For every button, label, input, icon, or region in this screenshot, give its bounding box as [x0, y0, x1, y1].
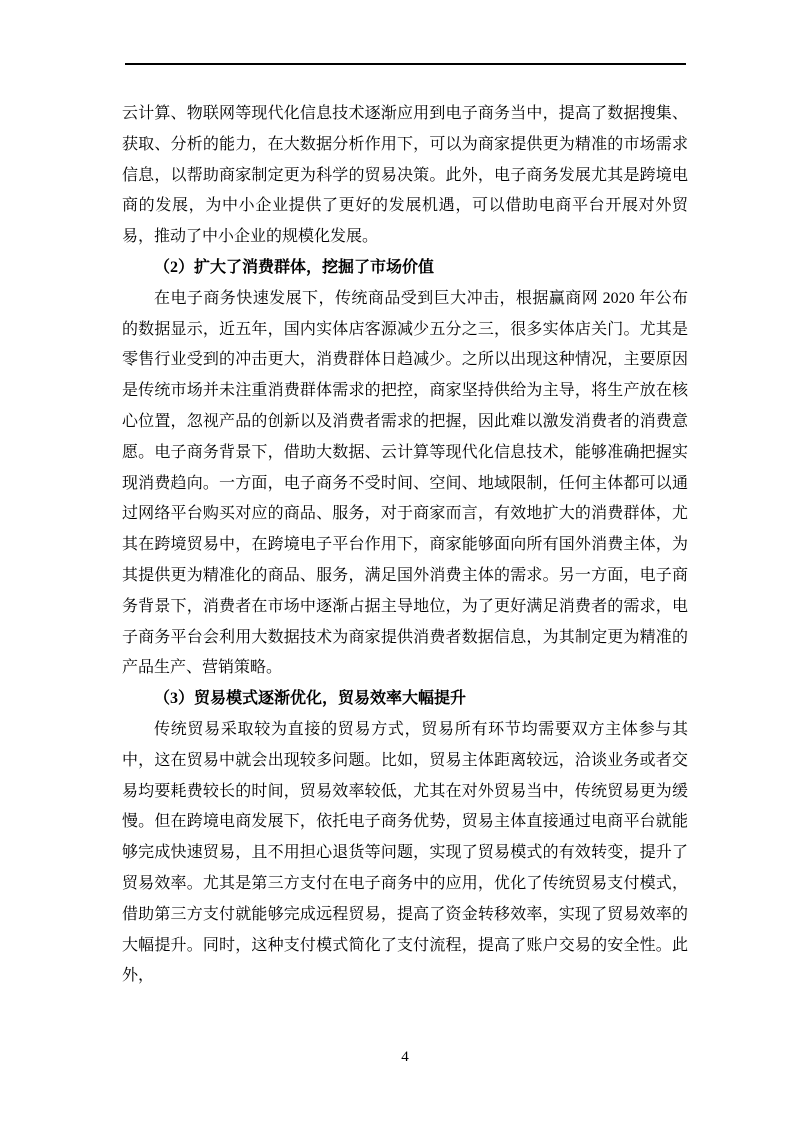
paragraph: 传统贸易采取较为直接的贸易方式，贸易所有环节均需要双方主体参与其中，这在贸易中就… [122, 715, 688, 992]
header-rule [125, 63, 686, 65]
section-heading: （2）扩大了消费群体，挖掘了市场价值 [122, 253, 688, 284]
paragraph: 在电子商务快速发展下，传统商品受到巨大冲击，根据赢商网 2020 年公布的数据显… [122, 284, 688, 684]
document-body: 云计算、物联网等现代化信息技术逐渐应用到电子商务当中，提高了数据搜集、获取、分析… [122, 99, 688, 992]
page-footer: 4 [122, 1047, 688, 1067]
section-heading: （3）贸易模式逐渐优化，贸易效率大幅提升 [122, 684, 688, 715]
page-number: 4 [401, 1049, 409, 1065]
paragraph: 云计算、物联网等现代化信息技术逐渐应用到电子商务当中，提高了数据搜集、获取、分析… [122, 99, 688, 253]
document-page: 云计算、物联网等现代化信息技术逐渐应用到电子商务当中，提高了数据搜集、获取、分析… [0, 0, 793, 1122]
